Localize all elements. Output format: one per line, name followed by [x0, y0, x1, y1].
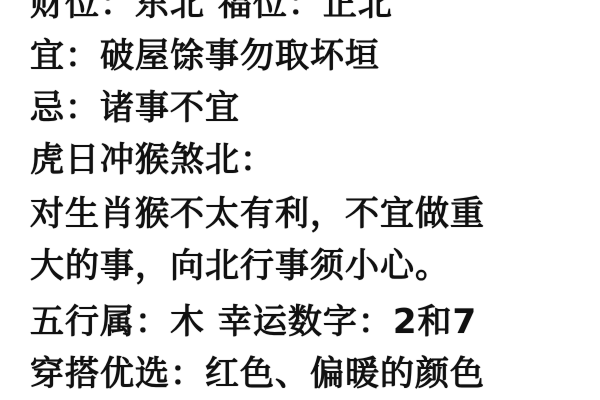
almanac-text-page: 财位：东北 福位：正北 宜：破屋馀事勿取坏垣 忌：诸事不宜 虎日冲猴煞北： 对生…	[0, 0, 600, 400]
suitable-activities-line: 宜：破屋馀事勿取坏垣	[30, 34, 380, 78]
outfit-color-line: 穿搭优选：红色、偏暖的颜色	[30, 352, 485, 396]
day-clash-heading: 虎日冲猴煞北：	[30, 138, 275, 182]
clash-description-line-2: 大的事，向北行事须小心。	[30, 244, 450, 288]
clash-description-line-1: 对生肖猴不太有利，不宜做重	[30, 192, 485, 236]
element-lucky-number-line: 五行属：木 幸运数字：2和7	[30, 300, 477, 344]
avoid-activities-line: 忌：诸事不宜	[30, 86, 240, 130]
wealth-fortune-direction-line: 财位：东北 福位：正北	[30, 0, 393, 26]
